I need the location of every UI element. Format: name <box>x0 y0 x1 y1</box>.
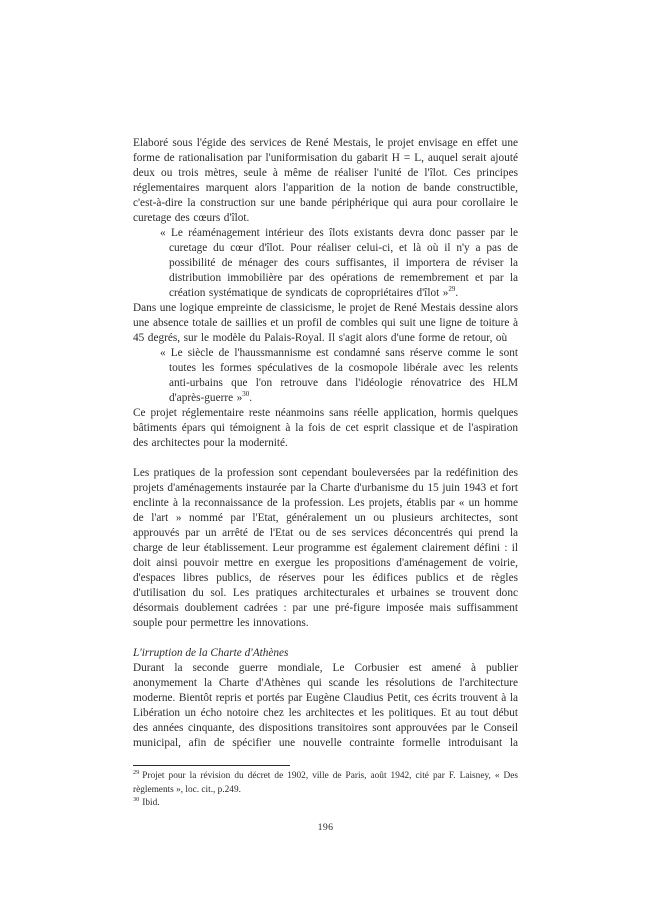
paragraph-projet-reglementaire: Ce projet réglementaire reste néanmoins … <box>133 406 518 451</box>
paragraph-intro-mestais: Elaboré sous l'égide des services de Ren… <box>133 136 518 226</box>
blockquote-text: « Le réaménagement intérieur des îlots e… <box>160 227 518 299</box>
footnote-30-text: Ibid. <box>142 798 159 808</box>
footnote-29: 29Projet pour la révision du décret de 1… <box>133 770 518 797</box>
footnotes: 29Projet pour la révision du décret de 1… <box>133 770 518 811</box>
blockquote-haussmannisme: « Le siècle de l'haussmannisme est conda… <box>133 346 518 406</box>
page-number: 196 <box>133 822 518 833</box>
paragraph-pratiques-profession: Les pratiques de la profession sont cepe… <box>133 466 518 631</box>
document-page: Elaboré sous l'égide des services de Ren… <box>0 0 650 920</box>
paragraph-logique-classicisme: Dans une logique empreinte de classicism… <box>133 301 518 346</box>
section-heading-charte-athenes: L'irruption de la Charte d'Athènes <box>133 646 518 661</box>
footnote-30-marker: 30 <box>133 796 139 803</box>
footnote-29-marker: 29 <box>133 769 139 776</box>
text-column: Elaboré sous l'égide des services de Ren… <box>133 136 518 833</box>
footnote-separator <box>133 765 290 766</box>
footnote-29-text: Projet pour la révision du décret de 190… <box>133 771 518 795</box>
blockquote-text: « Le siècle de l'haussmannisme est conda… <box>160 347 518 404</box>
blockquote-suffix: . <box>249 392 252 404</box>
blockquote-suffix: . <box>455 287 458 299</box>
footnote-30: 30Ibid. <box>133 797 518 811</box>
paragraph-corbusier: Durant la seconde guerre mondiale, Le Co… <box>133 661 518 751</box>
blockquote-reamenagement: « Le réaménagement intérieur des îlots e… <box>133 226 518 301</box>
